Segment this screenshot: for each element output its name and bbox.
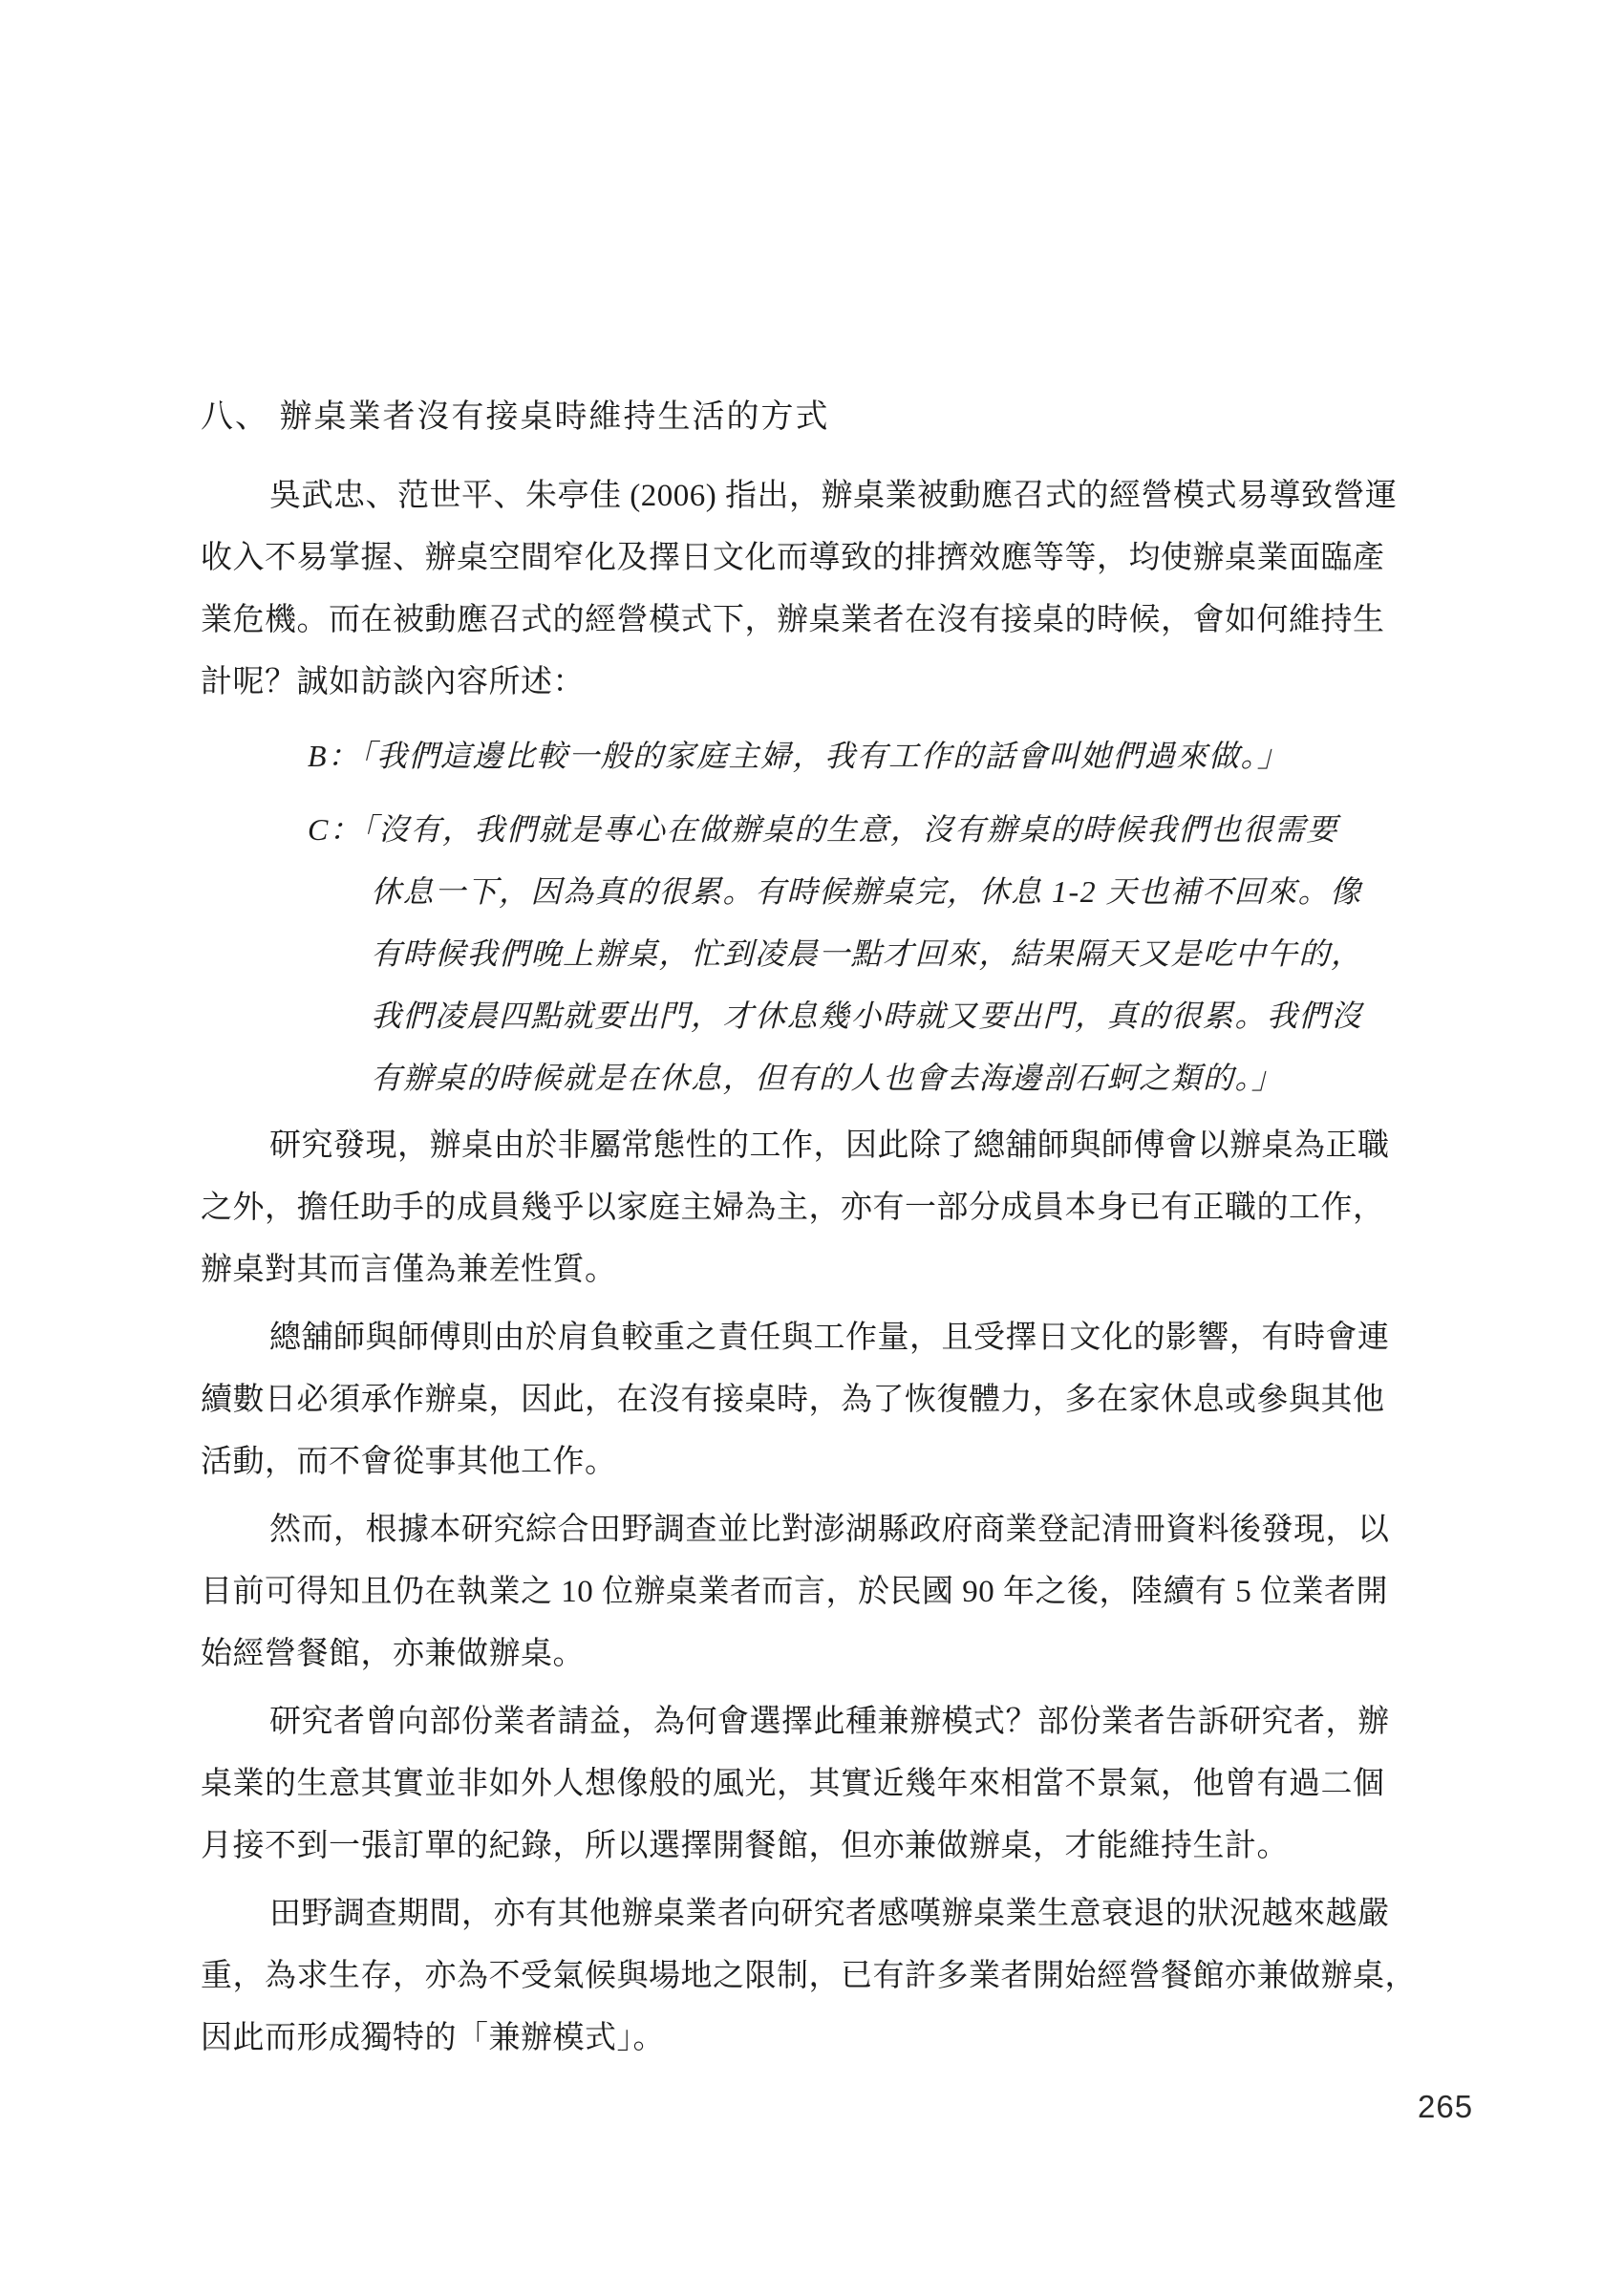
interview-quote: C：「沒有，我們就是專心在做辦桌的生意，沒有辦桌的時候我們也很需要休息一下，因為…: [201, 799, 1481, 1109]
body-paragraph: 總舖師與師傅則由於肩負較重之責任與工作量，且受擇日文化的影響，有時會連續數日必須…: [201, 1307, 1481, 1494]
text-line: 重，為求生存，亦為不受氣候與場地之限制，已有許多業者開始經營餐館亦兼做辦桌，: [201, 1945, 1481, 2008]
text-line: 辦桌對其而言僅為兼差性質。: [201, 1239, 1481, 1301]
document-body: 吳武忠、范世平、朱亭佳 (2006) 指出，辦桌業被動應召式的經營模式易導致營運…: [201, 465, 1481, 2070]
page-number: 265: [1418, 2089, 1473, 2125]
text-line: 收入不易掌握、辦桌空間窄化及擇日文化而導致的排擠效應等等，均使辦桌業面臨產: [201, 527, 1481, 590]
body-paragraph: 然而，根據本研究綜合田野調查並比對澎湖縣政府商業登記清冊資料後發現，以目前可得知…: [201, 1499, 1481, 1686]
text-line: 始經營餐館，亦兼做辦桌。: [201, 1623, 1481, 1686]
body-paragraph: 研究發現，辦桌由於非屬常態性的工作，因此除了總舖師與師傅會以辦桌為正職之外，擔任…: [201, 1115, 1481, 1301]
text-line: 我們凌晨四點就要出門，才休息幾小時就又要出門，真的很累。我們沒: [371, 985, 1481, 1047]
document-page: 八、 辦桌業者沒有接桌時維持生活的方式 吳武忠、范世平、朱亭佳 (2006) 指…: [0, 0, 1624, 2278]
text-line: 研究者曾向部份業者請益，為何會選擇此種兼辦模式？部份業者告訴研究者，辦: [201, 1691, 1481, 1753]
text-line: 業危機。而在被動應召式的經營模式下，辦桌業者在沒有接桌的時候，會如何維持生: [201, 590, 1481, 652]
text-line: 研究發現，辦桌由於非屬常態性的工作，因此除了總舖師與師傅會以辦桌為正職: [201, 1115, 1481, 1177]
text-line: 吳武忠、范世平、朱亭佳 (2006) 指出，辦桌業被動應召式的經營模式易導致營運: [201, 465, 1481, 527]
text-line: 續數日必須承作辦桌，因此，在沒有接桌時，為了恢復體力，多在家休息或參與其他: [201, 1369, 1481, 1431]
body-paragraph: 吳武忠、范世平、朱亭佳 (2006) 指出，辦桌業被動應召式的經營模式易導致營運…: [201, 465, 1481, 714]
text-line: 休息一下，因為真的很累。有時候辦桌完，休息 1-2 天也補不回來。像: [371, 861, 1481, 923]
text-line: 總舖師與師傅則由於肩負較重之責任與工作量，且受擇日文化的影響，有時會連: [201, 1307, 1481, 1369]
text-line: 月接不到一張訂單的紀錄，所以選擇開餐館，但亦兼做辦桌，才能維持生計。: [201, 1816, 1481, 1878]
text-line: 活動，而不會從事其他工作。: [201, 1431, 1481, 1494]
text-line: 田野調查期間，亦有其他辦桌業者向研究者感嘆辦桌業生意衰退的狀況越來越嚴: [201, 1883, 1481, 1945]
text-line: 因此而形成獨特的「兼辦模式」。: [201, 2008, 1481, 2070]
interview-quote: B：「我們這邊比較一般的家庭主婦，我有工作的話會叫她們過來做。」: [201, 725, 1481, 787]
body-paragraph: 研究者曾向部份業者請益，為何會選擇此種兼辦模式？部份業者告訴研究者，辦桌業的生意…: [201, 1691, 1481, 1878]
text-line: 之外，擔任助手的成員幾乎以家庭主婦為主，亦有一部分成員本身已有正職的工作，: [201, 1177, 1481, 1239]
text-line: 有辦桌的時候就是在休息，但有的人也會去海邊剖石蚵之類的。」: [371, 1047, 1481, 1109]
body-paragraph: 田野調查期間，亦有其他辦桌業者向研究者感嘆辦桌業生意衰退的狀況越來越嚴重，為求生…: [201, 1883, 1481, 2070]
text-line: 桌業的生意其實並非如外人想像般的風光，其實近幾年來相當不景氣，他曾有過二個: [201, 1753, 1481, 1816]
section-heading: 八、 辦桌業者沒有接桌時維持生活的方式: [201, 397, 1481, 439]
text-line: 計呢？誠如訪談內容所述：: [201, 652, 1481, 714]
text-line: 然而，根據本研究綜合田野調查並比對澎湖縣政府商業登記清冊資料後發現，以: [201, 1499, 1481, 1561]
text-line: C：「沒有，我們就是專心在做辦桌的生意，沒有辦桌的時候我們也很需要: [308, 799, 1481, 861]
text-line: 有時候我們晚上辦桌，忙到凌晨一點才回來，結果隔天又是吃中午的，: [371, 923, 1481, 985]
text-line: B：「我們這邊比較一般的家庭主婦，我有工作的話會叫她們過來做。」: [308, 725, 1481, 787]
text-line: 目前可得知且仍在執業之 10 位辦桌業者而言，於民國 90 年之後，陸續有 5 …: [201, 1561, 1481, 1623]
